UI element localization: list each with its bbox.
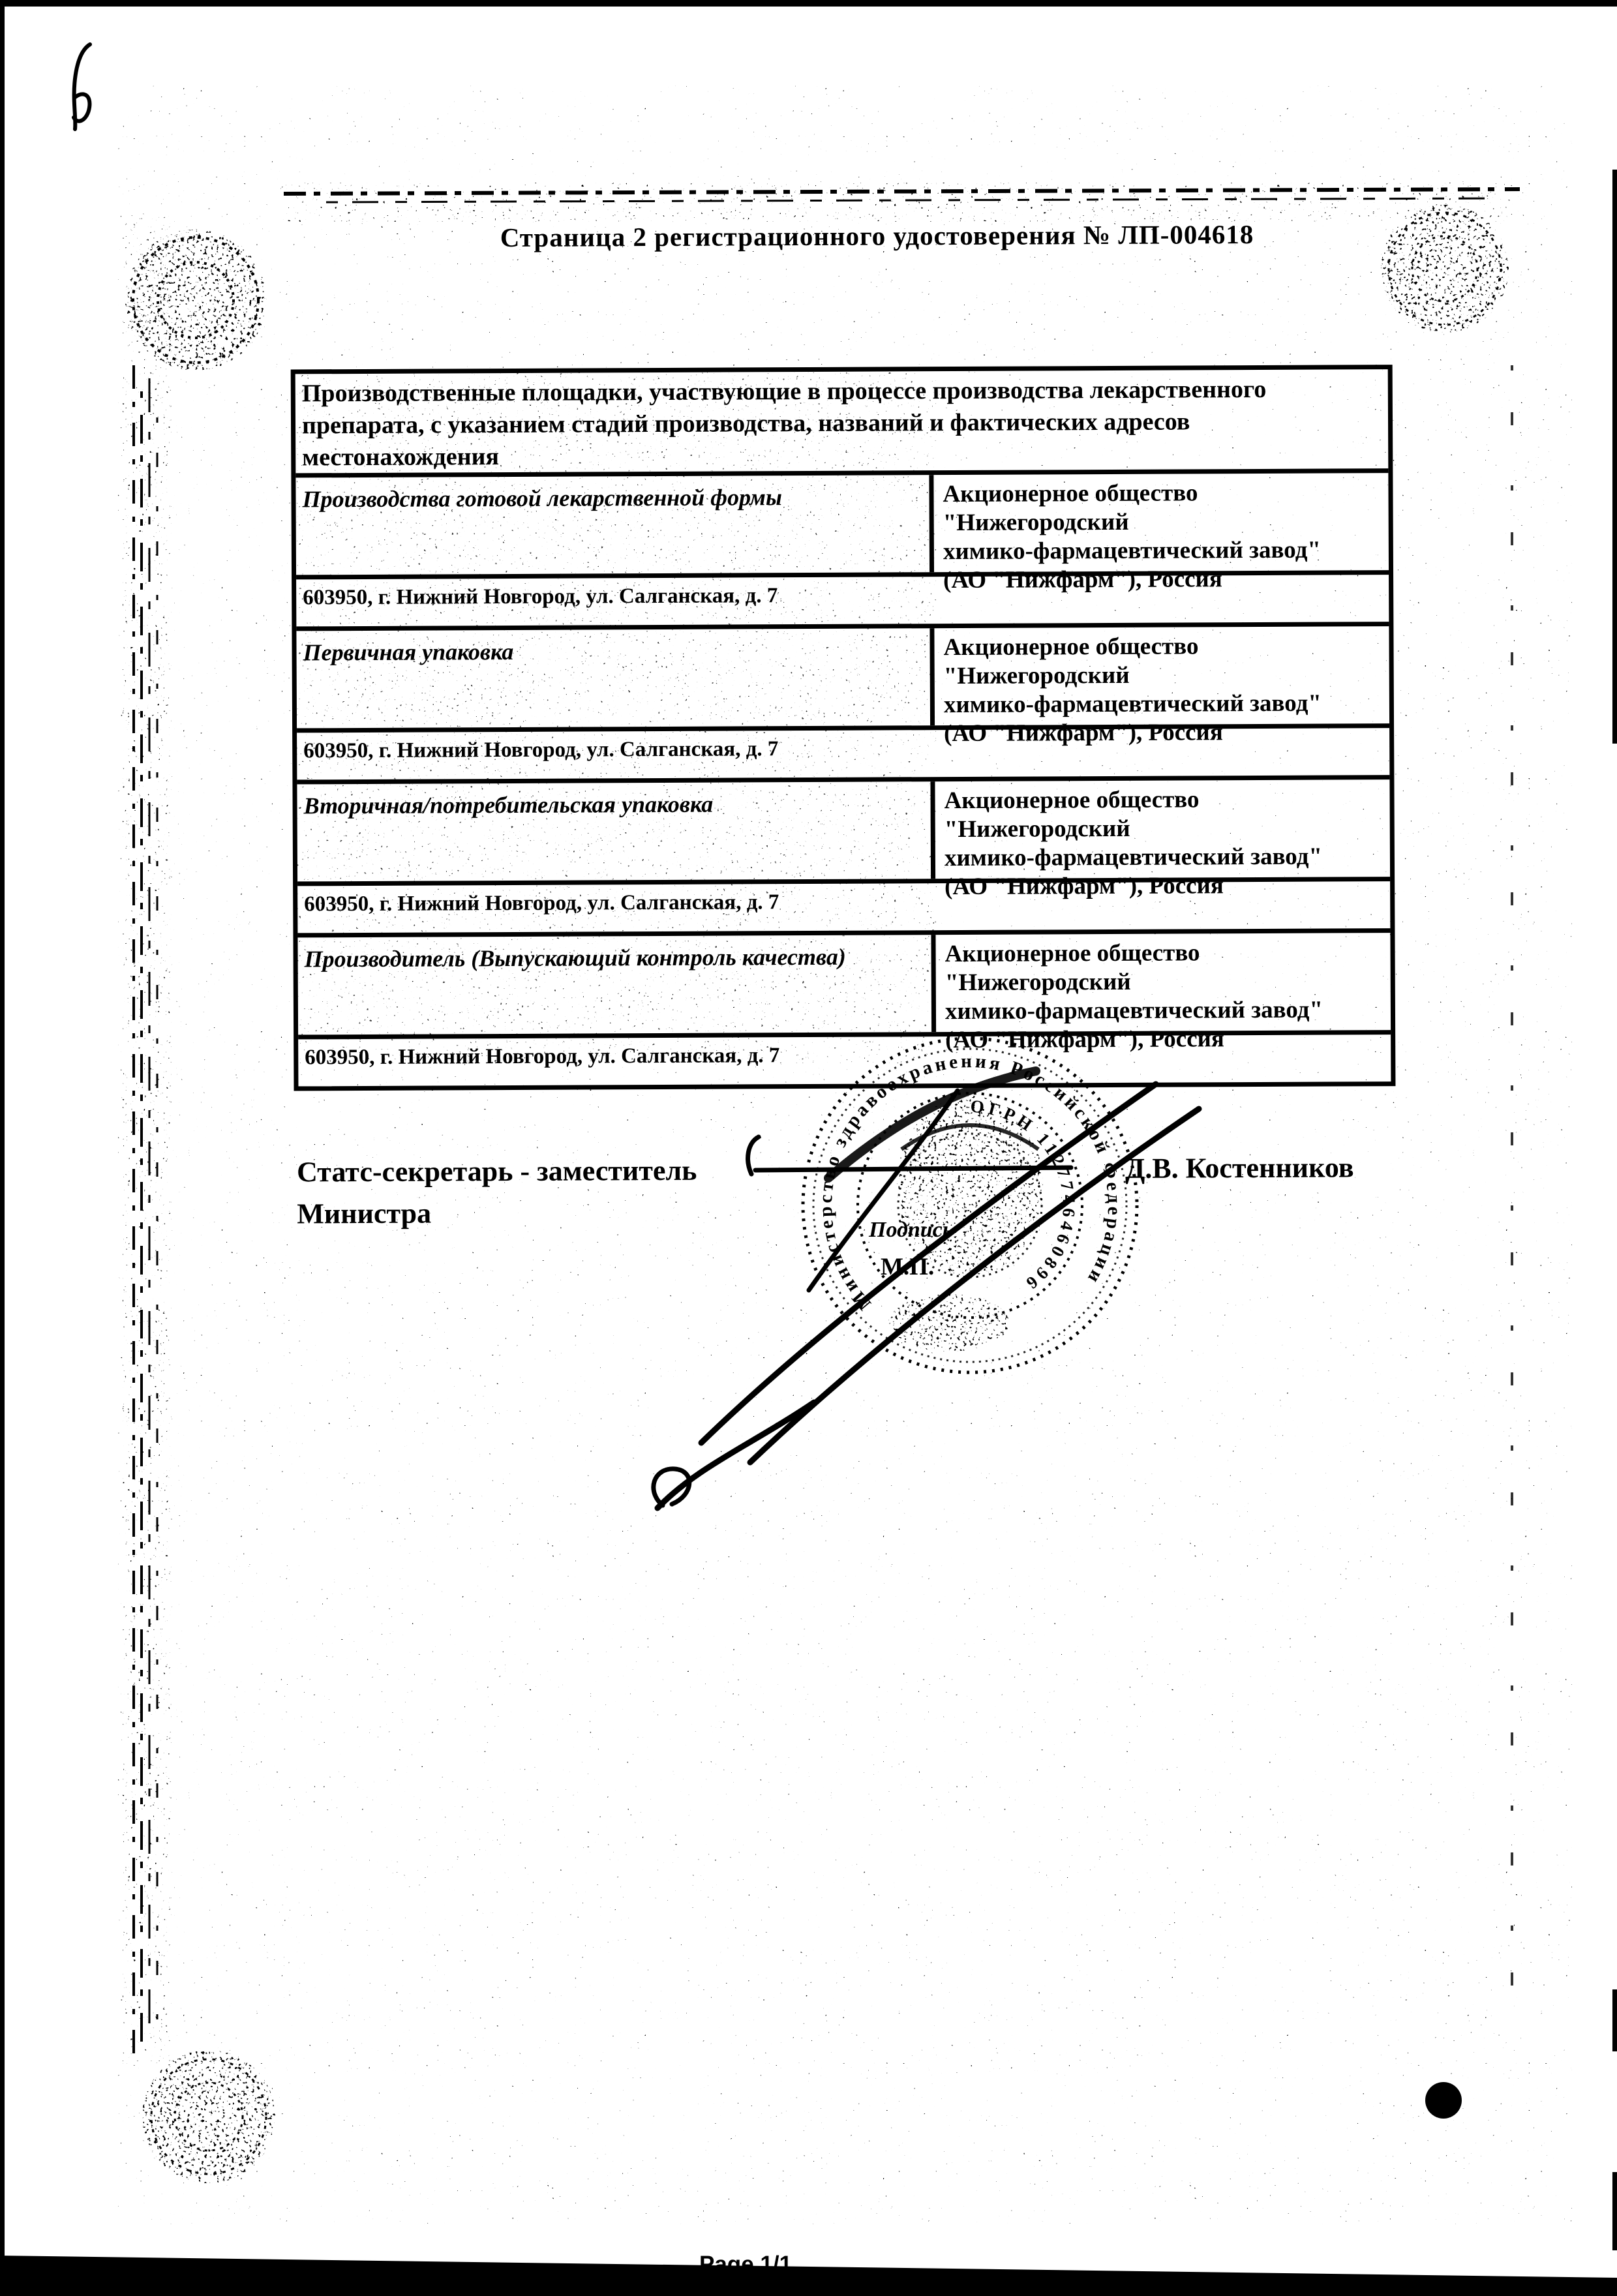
- table-header-line: препарата, с указанием стадий производст…: [302, 405, 1388, 442]
- company-line: (АО "Нижфарм"), Россия: [943, 564, 1389, 595]
- company-cell: Акционерное общество "Нижегородский хими…: [929, 473, 1389, 572]
- page-title: Страница 2 регистрационного удостоверени…: [500, 219, 1254, 253]
- stage-cell: Первичная упаковка: [296, 628, 930, 728]
- company-line: химико-фармацевтический завод": [945, 995, 1391, 1026]
- company-line: (АО "Нижфарм"), Россия: [945, 871, 1390, 901]
- company-line: Акционерное общество "Нижегородский: [943, 631, 1389, 691]
- certificate-scan-page: Страница 2 регистрационного удостоверени…: [0, 0, 1617, 2296]
- table-header-line: Производственные площадки, участвующие в…: [302, 373, 1388, 410]
- signer-post-line: Министра: [297, 1192, 697, 1235]
- stage-cell: Производитель (Выпускающий контроль каче…: [297, 935, 931, 1035]
- company-line: (АО "Нижфарм"), Россия: [944, 717, 1389, 748]
- signer-name: Д.В. Костенников: [1125, 1151, 1354, 1185]
- table-header-line: местонахождения: [302, 437, 1388, 474]
- table-header: Производственные площадки, участвующие в…: [295, 369, 1389, 477]
- company-line: химико-фармацевтический завод": [943, 536, 1389, 566]
- company-line: Акционерное общество "Нижегородский: [944, 785, 1389, 844]
- company-cell: Акционерное общество "Нижегородский хими…: [930, 779, 1390, 879]
- table-row: Первичная упаковка Акционерное общество …: [296, 626, 1389, 733]
- stage-cell: Вторичная/потребительская упаковка: [297, 781, 931, 881]
- company-line: Акционерное общество "Нижегородский: [945, 938, 1390, 997]
- company-line: химико-фармацевтический завод": [945, 842, 1390, 873]
- table-row: Вторичная/потребительская упаковка Акцио…: [297, 779, 1390, 886]
- company-line: (АО "Нижфарм"), Россия: [945, 1024, 1391, 1055]
- company-cell: Акционерное общество "Нижегородский хими…: [931, 933, 1391, 1032]
- signer-post-line: Статс-секретарь - заместитель: [297, 1150, 697, 1194]
- signer-post: Статс-секретарь - заместитель Министра: [297, 1150, 697, 1235]
- company-line: Акционерное общество "Нижегородский: [943, 478, 1388, 537]
- production-sites-table: Производственные площадки, участвующие в…: [291, 365, 1396, 1091]
- company-cell: Акционерное общество "Нижегородский хими…: [929, 626, 1389, 725]
- table-row: Производства готовой лекарственной формы…: [295, 473, 1389, 579]
- table-row: Производитель (Выпускающий контроль каче…: [297, 933, 1391, 1039]
- stage-cell: Производства готовой лекарственной формы: [295, 475, 929, 575]
- page-indicator: Page 1/1: [699, 2252, 792, 2278]
- company-line: химико-фармацевтический завод": [944, 689, 1389, 719]
- certificate-content: Страница 2 регистрационного удостоверени…: [0, 0, 1617, 2296]
